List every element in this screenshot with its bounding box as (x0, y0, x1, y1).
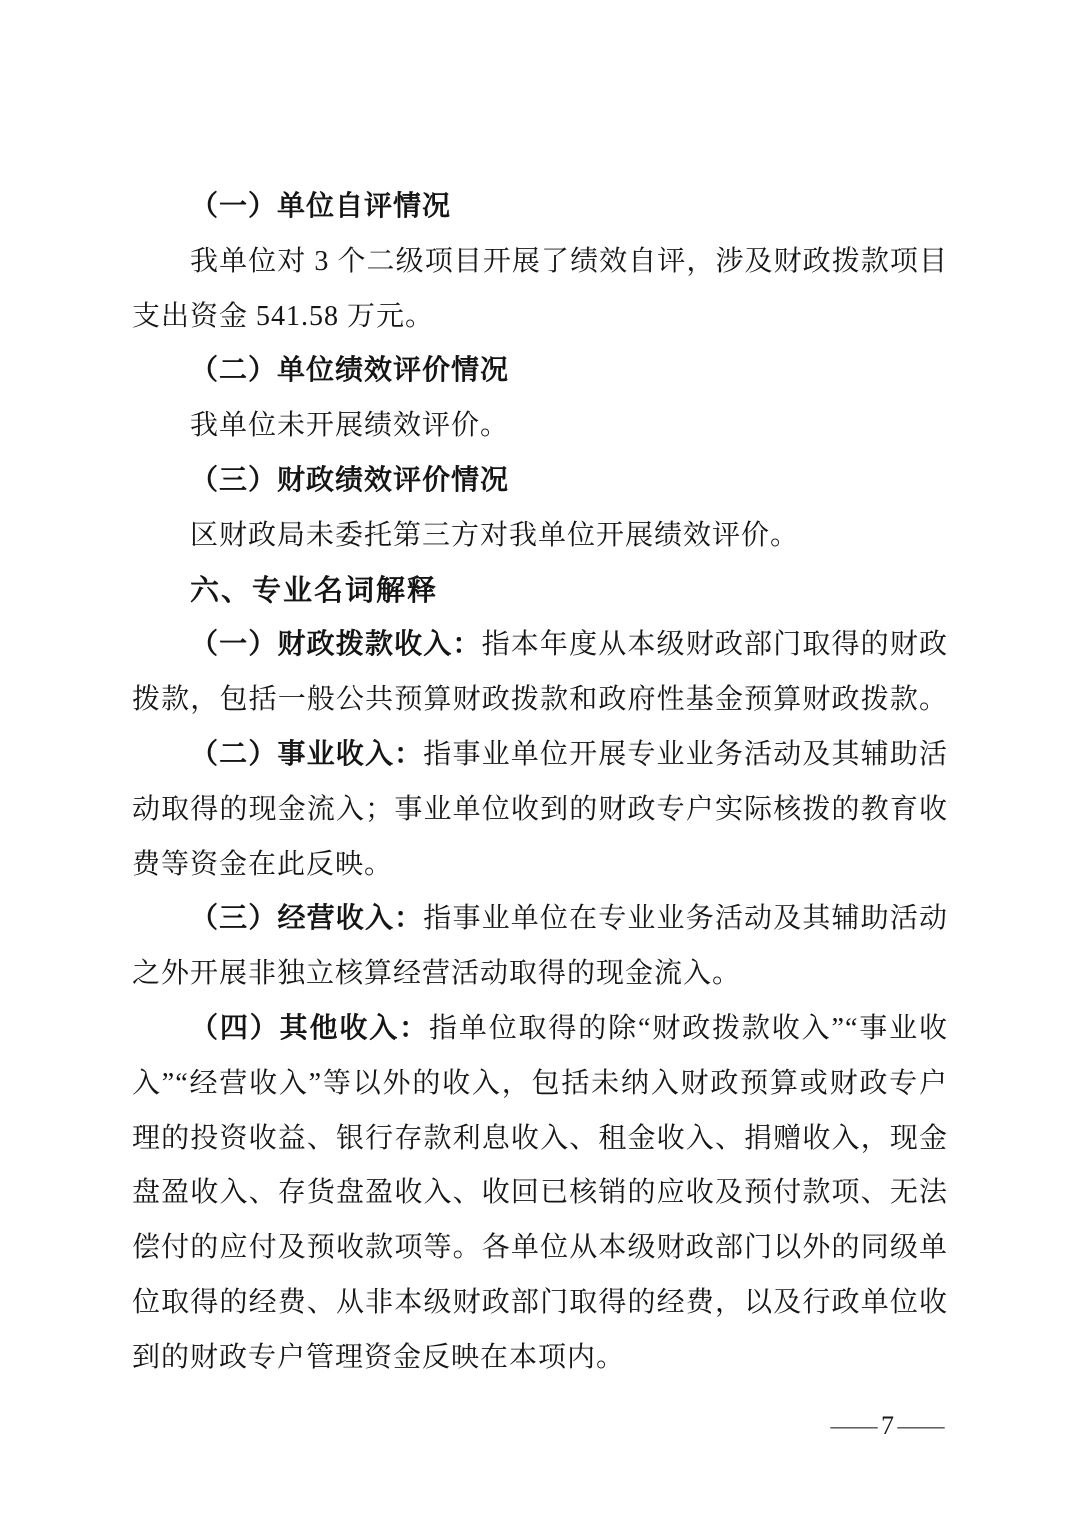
term-institutional-income-line-3: 费等资金在此反映。 (132, 838, 948, 893)
term-definition-institutional-income: 指事业单位开展专业业务活动及其辅助活 (423, 739, 948, 770)
subheading-fiscal-performance-evaluation: （三）财政绩效评价情况 (132, 454, 948, 509)
term-label-fiscal-appropriation-income: （一）财政拨款收入： (190, 629, 482, 660)
term-fiscal-appropriation-income-line-2: 拨款，包括一般公共预算财政拨款和政府性基金预算财政拨款。 (132, 673, 948, 728)
page-number: 7 (881, 1406, 894, 1446)
subheading-unit-performance-evaluation: （二）单位绩效评价情况 (132, 344, 948, 399)
term-label-institutional-income: （二）事业收入： (190, 739, 423, 770)
document-body: （一）单位自评情况 我单位对 3 个二级项目开展了绩效自评，涉及财政拨款项目 支… (132, 180, 948, 1386)
term-institutional-income-line-2: 动取得的现金流入；事业单位收到的财政专户实际核拨的教育收 (132, 783, 948, 838)
term-definition-operating-income: 指事业单位在专业业务活动及其辅助活动 (423, 903, 948, 934)
term-label-other-income: （四）其他收入： (190, 1013, 429, 1044)
term-other-income-line-3: 理的投资收益、银行存款利息收入、租金收入、捐赠收入，现金 (132, 1112, 948, 1167)
term-definition-fiscal-appropriation-income: 指本年度从本级财政部门取得的财政 (482, 629, 948, 660)
term-fiscal-appropriation-income-line-1: （一）财政拨款收入：指本年度从本级财政部门取得的财政 (132, 618, 948, 673)
term-other-income-line-1: （四）其他收入：指单位取得的除“财政拨款收入”“事业收 (132, 1002, 948, 1057)
subheading-unit-self-evaluation: （一）单位自评情况 (132, 180, 948, 235)
term-other-income-line-5: 偿付的应付及预收款项等。各单位从本级财政部门以外的同级单 (132, 1221, 948, 1276)
term-definition-other-income: 指单位取得的除“财政拨款收入”“事业收 (429, 1013, 948, 1044)
para-fiscal-performance-line-1: 区财政局未委托第三方对我单位开展绩效评价。 (132, 509, 948, 564)
term-other-income-line-7: 到的财政专户管理资金反映在本项内。 (132, 1331, 948, 1386)
document-page: （一）单位自评情况 我单位对 3 个二级项目开展了绩效自评，涉及财政拨款项目 支… (0, 0, 1075, 1520)
term-other-income-line-4: 盘盈收入、存货盘盈收入、收回已核销的应收及预付款项、无法 (132, 1166, 948, 1221)
term-label-operating-income: （三）经营收入： (190, 903, 423, 934)
footer-dash-left: — (831, 1406, 878, 1446)
para-unit-performance-line-1: 我单位未开展绩效评价。 (132, 399, 948, 454)
term-other-income-line-2: 入”“经营收入”等以外的收入，包括未纳入财政预算或财政专户管 (132, 1057, 948, 1112)
term-other-income-line-6: 位取得的经费、从非本级财政部门取得的经费，以及行政单位收 (132, 1276, 948, 1331)
footer-dash-right: — (898, 1406, 945, 1446)
page-footer: —7— (827, 1406, 948, 1446)
para-self-evaluation-line-2: 支出资金 541.58 万元。 (132, 290, 948, 345)
para-self-evaluation-line-1: 我单位对 3 个二级项目开展了绩效自评，涉及财政拨款项目 (132, 235, 948, 290)
term-operating-income-line-1: （三）经营收入：指事业单位在专业业务活动及其辅助活动 (132, 892, 948, 947)
term-operating-income-line-2: 之外开展非独立核算经营活动取得的现金流入。 (132, 947, 948, 1002)
section-heading-terms-glossary: 六、专业名词解释 (132, 564, 948, 619)
term-institutional-income-line-1: （二）事业收入：指事业单位开展专业业务活动及其辅助活 (132, 728, 948, 783)
